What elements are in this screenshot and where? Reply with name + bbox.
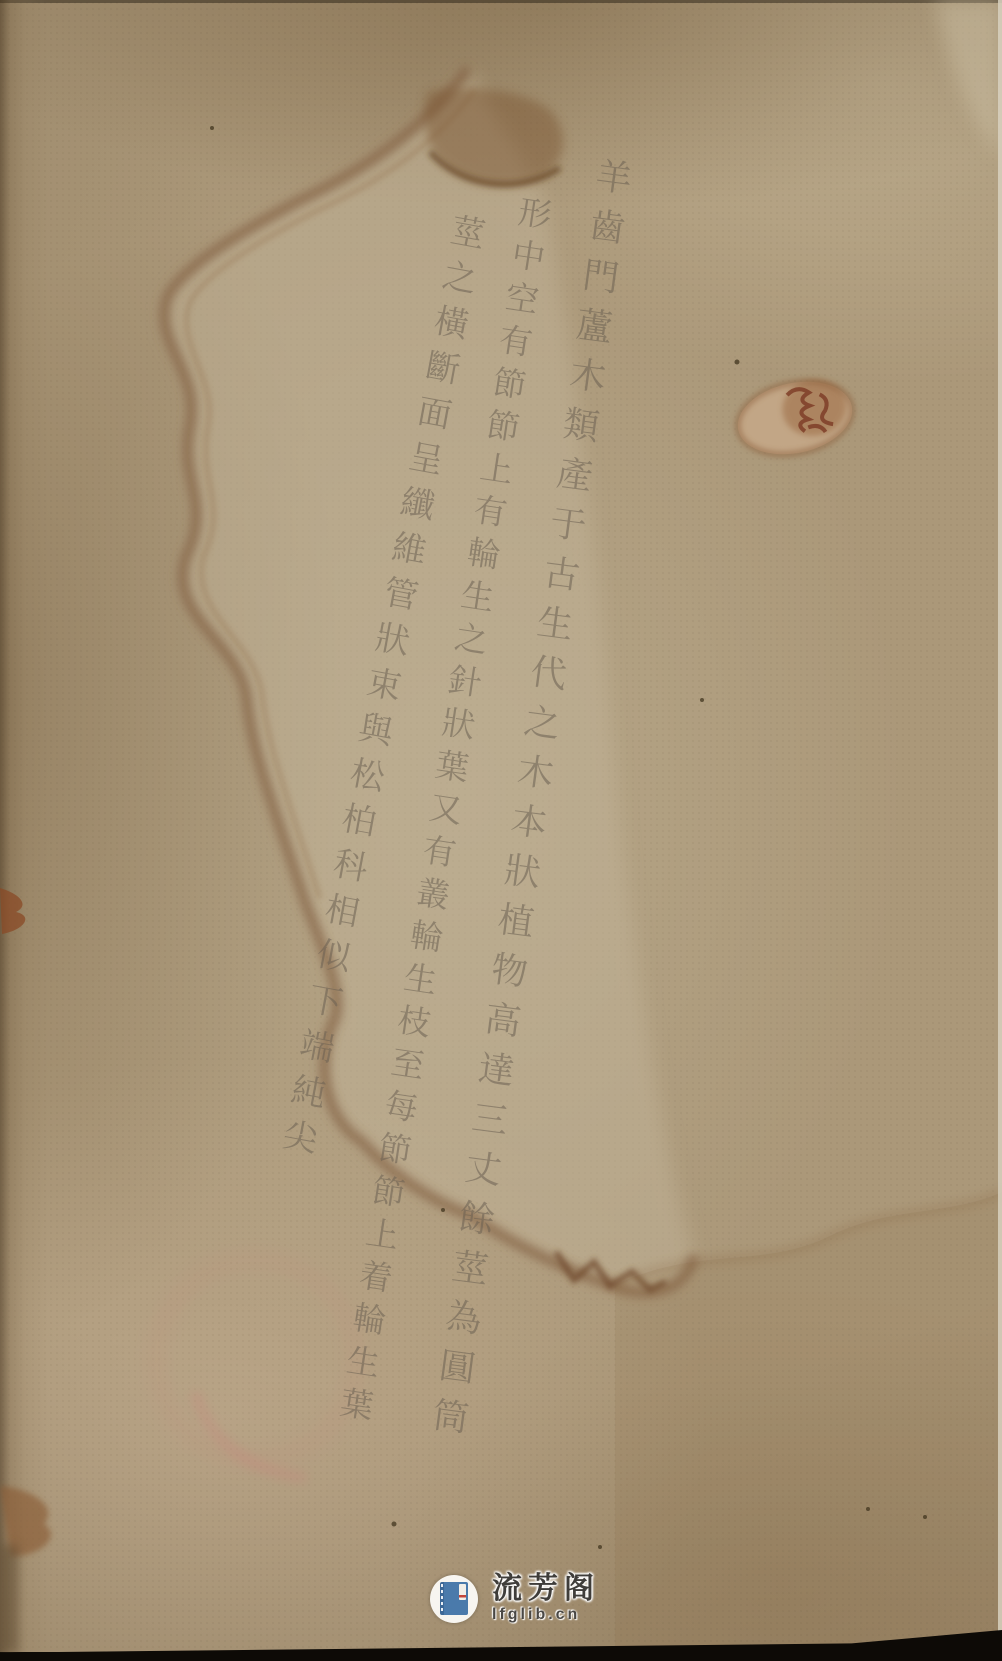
scanned-manuscript-page: 羊齒門蘆木類產于古生代之木本狀植物高達三丈餘莖為圓筒 形中空有節節上有輪生之針狀… (0, 0, 1002, 1661)
seal-mark-circle (156, 1260, 356, 1460)
page-top-edge (0, 0, 1002, 3)
page-right-edge (998, 0, 1002, 1640)
watermark-logo-circle (430, 1575, 478, 1623)
watermark-site-url: lfglib.cn (492, 1607, 600, 1623)
bottom-right-stain-edge (615, 1192, 1002, 1285)
site-watermark: 流芳阁 lfglib.cn (430, 1574, 600, 1623)
watermark-texts: 流芳阁 lfglib.cn (492, 1574, 600, 1623)
top-right-light-wedge-fill (935, 0, 1002, 155)
ink-blot (731, 372, 859, 465)
stain-jagged-marks (556, 1252, 666, 1290)
top-brown-patch-edge (430, 152, 560, 184)
watermark-site-name: 流芳阁 (492, 1574, 600, 1604)
bottom-right-stain-tint (615, 1192, 1002, 1648)
top-brown-patch (425, 88, 564, 185)
book-icon (440, 1582, 468, 1615)
aged-paper: 羊齒門蘆木類產于古生代之木本狀植物高達三丈餘莖為圓筒 形中空有節節上有輪生之針狀… (0, 0, 1002, 1652)
book-spine-shadow (0, 0, 48, 1652)
seal-mark-arc (195, 1392, 306, 1478)
